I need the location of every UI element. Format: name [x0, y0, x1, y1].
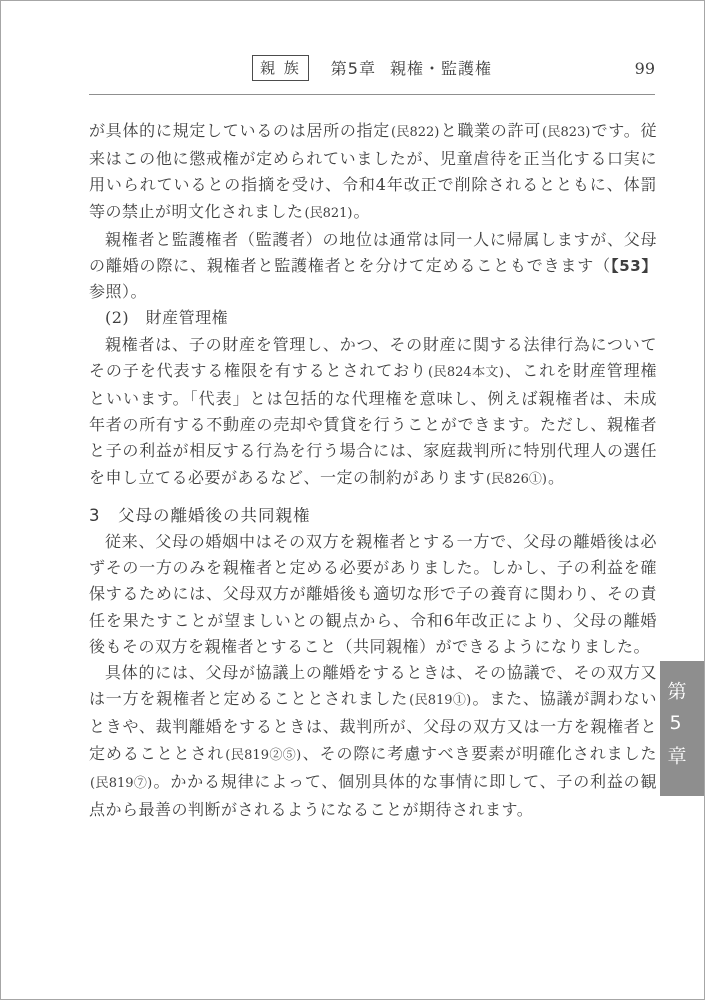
chapter-title: 親権・監護権 — [390, 59, 492, 78]
paragraph: 親権者と監護権者（監護者）の地位は通常は同一人に帰属しますが、父母の離婚の際に、… — [89, 227, 657, 306]
running-head-center: 親 族第5章親権・監護権 — [89, 55, 655, 83]
chapter-side-tab: 第5章 — [660, 661, 704, 796]
book-page: 親 族第5章親権・監護権 99 が具体的に規定しているのは居所の指定(民822)… — [0, 0, 705, 1000]
paragraph: が具体的に規定しているのは居所の指定(民822)と職業の許可(民823)です。従… — [89, 118, 657, 227]
subsection-heading: (2) 財産管理権 — [89, 305, 657, 331]
running-head: 親 族第5章親権・監護権 99 — [89, 55, 655, 85]
paragraph: 親権者は、子の財産を管理し、かつ、その財産に関する法律行為についてその子を代表す… — [89, 332, 657, 493]
paragraph: 具体的には、父母が協議上の離婚をするときは、その協議で、その双方又は一方を親権者… — [89, 660, 657, 823]
body-text: が具体的に規定しているのは居所の指定(民822)と職業の許可(民823)です。従… — [89, 118, 657, 823]
chapter-number: 第5章 — [331, 59, 376, 78]
section-heading: 3 父母の離婚後の共同親権 — [89, 503, 657, 529]
page-number: 99 — [635, 55, 655, 83]
category-box: 親 族 — [252, 55, 309, 81]
header-rule — [89, 94, 655, 95]
paragraph: 従来、父母の婚姻中はその双方を親権者とする一方で、父母の離婚後は必ずその一方のみ… — [89, 529, 657, 660]
